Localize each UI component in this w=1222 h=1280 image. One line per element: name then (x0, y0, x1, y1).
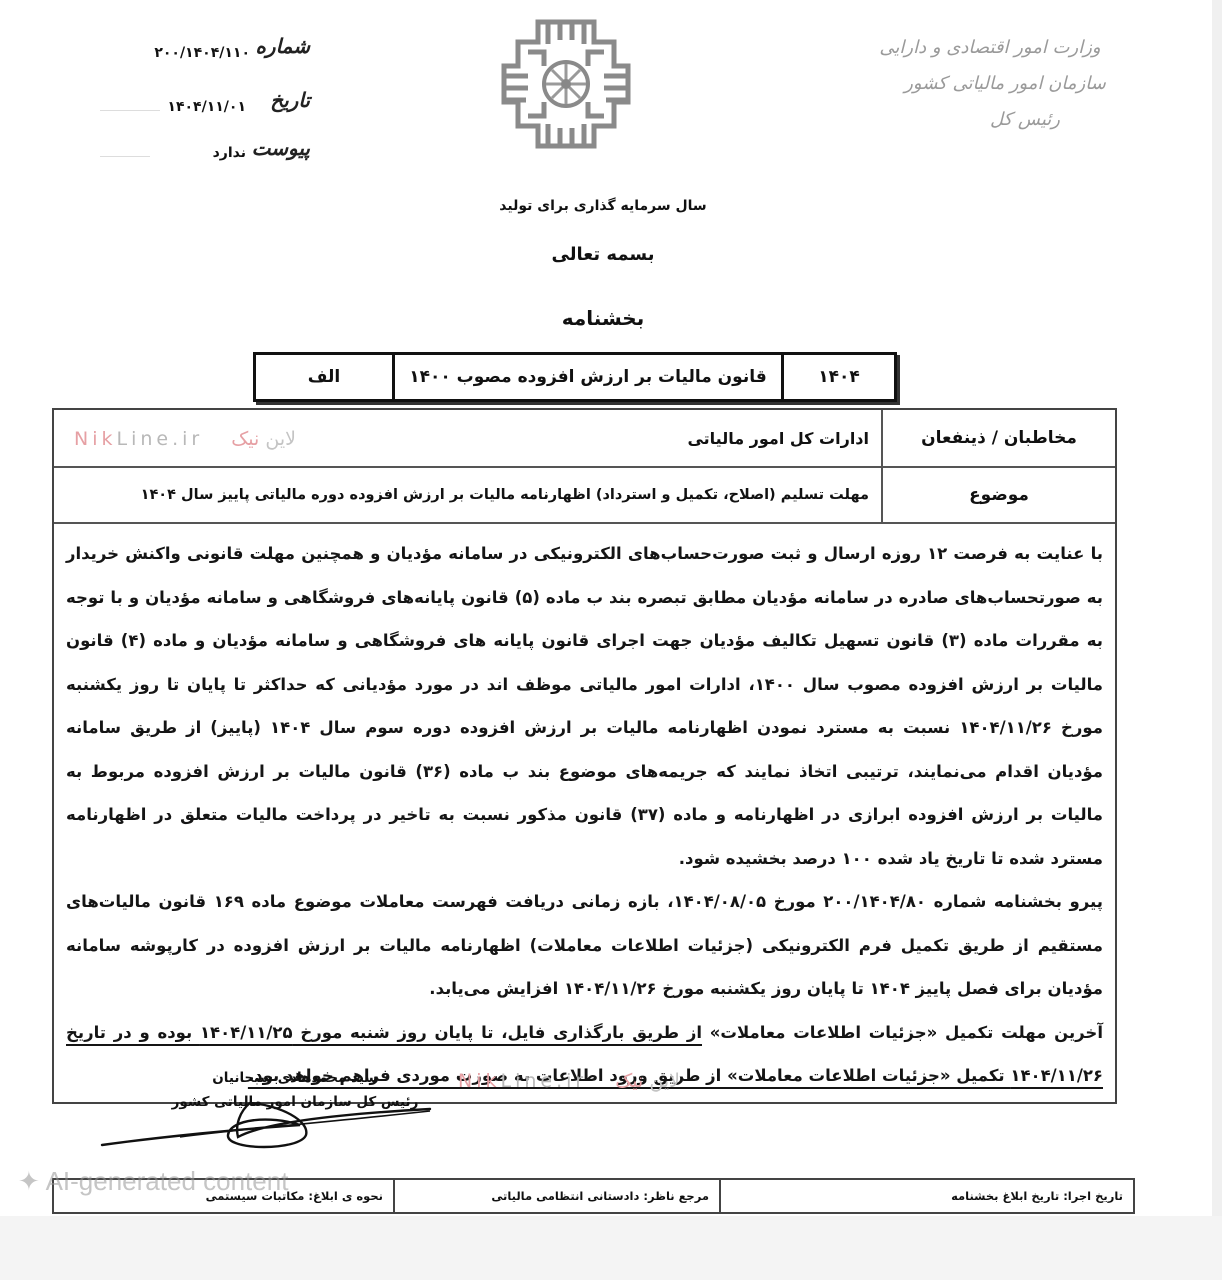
footer-effective-date: تاریخ اجرا: تاریخ ابلاغ بخشنامه (719, 1180, 1133, 1212)
body-paragraph-3-plain: آخرین مهلت تکمیل «جزئیات اطلاعات معاملات… (702, 1023, 1103, 1042)
organization-line-head: رئیس کل (930, 102, 1120, 138)
page-edge (1212, 0, 1222, 1216)
subject-row: موضوع مهلت تسلیم (اصلاح، تکمیل و استرداد… (54, 468, 1115, 524)
organization-header: وزارت امور اقتصادی و دارایی سازمان امور … (860, 30, 1120, 138)
organization-line-tax-org: سازمان امور مالیاتی کشور (890, 66, 1120, 102)
body-paragraph-3-underlined-a: از طریق بارگذاری فایل، تا پایان روز شنبه… (66, 1023, 702, 1042)
ai-generated-badge: ✦ AI-generated content (18, 1166, 288, 1197)
circular-series: الف (256, 355, 392, 399)
recipients-label: مخاطبان / ذینفعان (881, 410, 1115, 466)
watermark-nikline-top: NikLine.ir لاین نیک (74, 428, 296, 450)
emblem-icon (498, 14, 634, 154)
subject-label: موضوع (881, 468, 1115, 522)
attachment-underline (100, 156, 150, 157)
document-type-title: بخشنامه (0, 306, 1214, 330)
signature-icon (100, 1085, 440, 1155)
circular-header-box: ۱۴۰۴ قانون مالیات بر ارزش افزوده مصوب ۱۴… (253, 352, 897, 402)
attachment-value: ندارد (150, 142, 246, 161)
year-slogan: سال سرمایه گذاری برای تولید (0, 198, 1214, 214)
circular-table: مخاطبان / ذینفعان ادارات کل امور مالیاتی… (52, 408, 1117, 1104)
number-value: ۲۰۰/۱۴۰۴/۱۱۰ (130, 42, 250, 61)
body-paragraph-2: پیرو بخشنامه شماره ۲۰۰/۱۴۰۴/۸۰ مورخ ۱۴۰۴… (66, 880, 1103, 1011)
subject-value: مهلت تسلیم (اصلاح، تکمیل و استرداد) اظها… (54, 468, 881, 522)
circular-law: قانون مالیات بر ارزش افزوده مصوب ۱۴۰۰ (392, 355, 781, 399)
organization-line-ministry: وزارت امور اقتصادی و دارایی (860, 30, 1120, 66)
sparkle-icon: ✦ (18, 1166, 46, 1196)
body-paragraph-1: با عنایت به فرصت ۱۲ روزه ارسال و ثبت صور… (66, 532, 1103, 880)
watermark-nikline-bottom: NikLine.ir لاین نیک (458, 1070, 680, 1092)
date-value: ۱۴۰۴/۱۱/۰۱ (130, 96, 246, 115)
date-underline (100, 110, 160, 111)
circular-body: با عنایت به فرصت ۱۲ روزه ارسال و ثبت صور… (54, 524, 1115, 1102)
footer-supervisor: مرجع ناظر: دادستانی انتظامی مالیاتی (393, 1180, 719, 1212)
circular-year: ۱۴۰۴ (781, 355, 894, 399)
invocation: بسمه تعالی (0, 244, 1214, 265)
